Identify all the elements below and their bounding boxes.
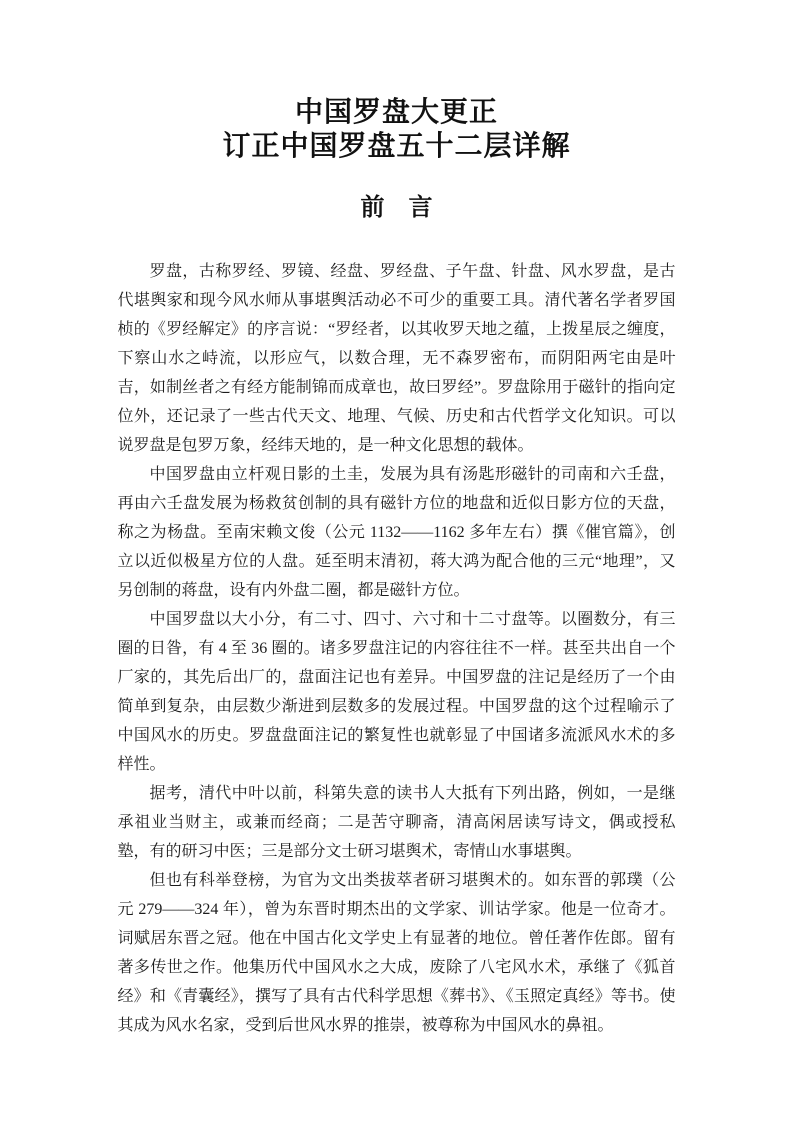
- paragraph: 但也有科举登榜，为官为文出类拔萃者研习堪舆术的。如东晋的郭璞（公元 279——3…: [118, 866, 676, 1040]
- paragraph: 据考，清代中叶以前，科第失意的读书人大抵有下列出路，例如，一是继承祖业当财主，或…: [118, 779, 676, 866]
- document-page: 中国罗盘大更正 订正中国罗盘五十二层详解 前 言 罗盘，古称罗经、罗镜、经盘、罗…: [0, 0, 793, 1122]
- document-title-line-2: 订正中国罗盘五十二层详解: [0, 130, 793, 164]
- paragraph: 中国罗盘以大小分，有二寸、四寸、六寸和十二寸盘等。以圈数分，有三圈的日昝，有 4…: [118, 605, 676, 779]
- document-body: 罗盘，古称罗经、罗镜、经盘、罗经盘、子午盘、针盘、风水罗盘，是古代堪舆家和现今风…: [118, 257, 676, 1040]
- preface-heading: 前 言: [0, 195, 793, 221]
- document-title-line-1: 中国罗盘大更正: [0, 96, 793, 130]
- paragraph: 罗盘，古称罗经、罗镜、经盘、罗经盘、子午盘、针盘、风水罗盘，是古代堪舆家和现今风…: [118, 257, 676, 460]
- page-content: 中国罗盘大更正 订正中国罗盘五十二层详解 前 言 罗盘，古称罗经、罗镜、经盘、罗…: [0, 0, 793, 1040]
- paragraph: 中国罗盘由立杆观日影的土圭，发展为具有汤匙形磁针的司南和六壬盘，再由六壬盘发展为…: [118, 460, 676, 605]
